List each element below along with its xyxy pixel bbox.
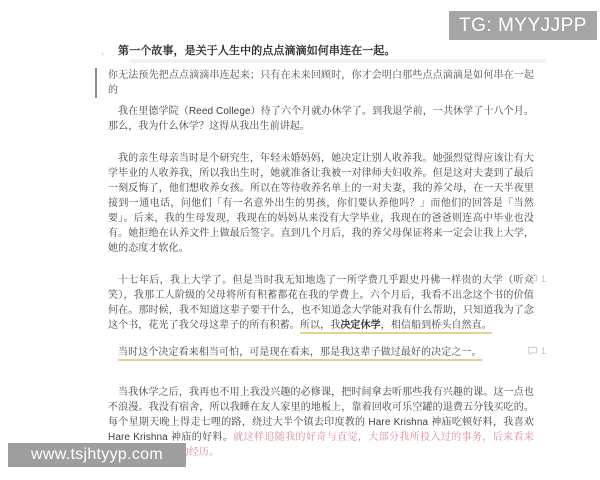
comment-count: 1 <box>541 346 546 356</box>
highlighted-text[interactable]: 所以，我 <box>300 320 340 334</box>
comment-count: 1 <box>541 274 546 284</box>
paragraph-text: 我在里德学院（Reed College）待了六个月就办休学了。到我退学前，一共休… <box>108 106 534 132</box>
paragraph-text: 我的亲生母亲当时是个研究生，年轻未婚妈妈，她决定让别人收养我。她强烈觉得应该让有… <box>108 153 534 254</box>
watermark-website: www.tsjhtyyp.com <box>8 443 186 467</box>
heading-prefix-mark: ， <box>101 44 111 59</box>
paragraph-best-decision: 当时这个决定看来相当可怕，可是现在看来，那是我这辈子做过最好的决定之一。1 <box>108 345 534 360</box>
paragraph-reed-college: 我在里德学院（Reed College）待了六个月就办休学了。到我退学前，一共休… <box>108 104 534 134</box>
quote-text: 你无法预先把点点滴滴串连起来；只有在未来回顾时，你才会明白那些点点滴滴是如何串在… <box>108 70 534 96</box>
paragraph-birth-mother: 我的亲生母亲当时是个研究生，年轻未婚妈妈，她决定让别人收养我。她强烈觉得应该让有… <box>108 151 534 256</box>
comment-badge[interactable]: 1 <box>527 346 546 356</box>
comment-bubble-icon <box>527 346 538 356</box>
comment-bubble-icon <box>527 274 538 284</box>
heading-row: ， 第一个故事，是关于人生中的点点滴滴如何串连在一起。 <box>108 44 534 59</box>
quote-block: 你无法预先把点点滴滴串连起来；只有在未来回顾时，你才会明白那些点点滴滴是如何串在… <box>95 68 534 98</box>
article-body: ， 第一个故事，是关于人生中的点点滴滴如何串连在一起。 你无法预先把点点滴滴串连… <box>108 44 534 460</box>
comment-badge[interactable]: 1 <box>527 274 546 284</box>
watermark-telegram: TG: MYYJJPP <box>449 11 597 40</box>
highlighted-bold-text[interactable]: 决定休学 <box>340 320 380 334</box>
story-heading: 第一个故事，是关于人生中的点点滴滴如何串连在一起。 <box>118 45 396 57</box>
ebook-page: TG: MYYJJPP ， 第一个故事，是关于人生中的点点滴滴如何串连在一起。 … <box>0 0 600 480</box>
highlighted-text[interactable]: ，相信船到桥头自然直。 <box>381 320 492 334</box>
highlighted-text[interactable]: 当时这个决定看来相当可怕，可是现在看来，那是我这辈子做过最好的决定之一。 <box>118 347 482 361</box>
paragraph-seventeen-years: 十七年后，我上大学了。但是当时我无知地选了一所学费几乎跟史丹佛一样贵的大学（听众… <box>108 273 534 333</box>
